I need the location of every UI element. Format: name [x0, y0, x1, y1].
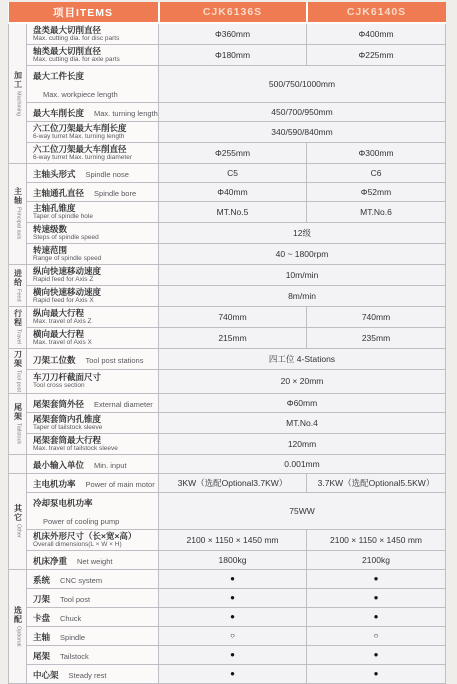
spec-row: 尾架套筒内孔锥度Taper of tailstock sleeveMT.No.4 [9, 412, 446, 433]
header-model-cjk6136s: CJK6136S [159, 2, 307, 23]
item-name-zh: 冷却泵电机功率 [33, 498, 93, 508]
item-name-cell: 最大工件长度Max. workpiece length [27, 65, 159, 102]
item-name-cell: 纵向快速移动速度Rapid feed for Axis Z [27, 264, 159, 285]
table-body: 加工Machining盘类最大切削直径Max. cutting dia. for… [9, 23, 446, 640]
spec-row: 主轴通孔直径Spindle boreΦ40mmΦ52mm [9, 182, 446, 201]
item-name-cell: 六工位刀架最大车削长度6-way turret Max. turning len… [27, 121, 159, 142]
spec-row: 横向最大行程Max. travel of Axis X215mm235mm [9, 327, 446, 348]
item-name-zh: 尾架套筒内孔锥度 [33, 414, 158, 424]
spec-row: 六工位刀架最大车削长度6-way turret Max. turning len… [9, 121, 446, 142]
value-cell: 740mm [307, 306, 446, 327]
item-name-en: Rapid feed for Axis Z [33, 276, 158, 284]
group-label [9, 454, 27, 473]
value-cell: 2100 × 1150 × 1450 mm [307, 529, 446, 550]
group-label-en: Other [15, 524, 21, 538]
item-name-zh: 轴类最大切削直径 [33, 46, 158, 56]
item-name-en: 6-way turret Max. turning length [33, 133, 158, 141]
group-label-en: Tailstock [15, 423, 21, 444]
value-cell: Φ225mm [307, 44, 446, 65]
group-label-zh: 主轴 [14, 187, 22, 205]
item-name-en: CNC system [60, 576, 102, 585]
item-name-zh: 六工位刀架最大车削直径 [33, 144, 158, 154]
group-label-en: Feed [15, 289, 21, 302]
value-cell-span: 120mm [159, 433, 446, 454]
spec-row: 其它Other主电机功率Power of main motor3KW（选配Opt… [9, 473, 446, 492]
spec-row: 选配Optional系统CNC system●● [9, 569, 446, 588]
group-label: 刀架Tool post [9, 348, 27, 393]
item-name-en: Taper of spindle hole [33, 213, 158, 221]
item-name-en: Power of cooling pump [43, 517, 119, 526]
value-cell-span: 75WW [159, 492, 446, 529]
value-cell: ● [159, 607, 307, 626]
item-name-en: Power of main motor [86, 480, 155, 489]
spec-row: 机床外形尺寸（长×宽×高）Overall dimensions(L × W × … [9, 529, 446, 550]
group-label-en: Tool post [15, 370, 21, 392]
value-cell: ● [307, 588, 446, 607]
item-name-cell: 横向最大行程Max. travel of Axis X [27, 327, 159, 348]
item-name-zh: 横向最大行程 [33, 329, 158, 339]
item-name-zh: 刀架工位数 [33, 355, 76, 365]
value-cell: Φ180mm [159, 44, 307, 65]
value-cell: ● [307, 607, 446, 626]
item-name-en: Chuck [60, 614, 81, 623]
item-name-en: Overall dimensions(L × W × H) [33, 541, 158, 549]
item-name-cell: 系统CNC system [27, 569, 159, 588]
item-name-cell: 刀架工位数Tool post stations [27, 348, 159, 369]
group-label-zh: 刀架 [14, 350, 22, 368]
item-name-en: Taper of tailstock sleeve [33, 424, 158, 432]
item-name-zh: 主轴通孔直径 [33, 188, 84, 198]
value-cell: C6 [307, 163, 446, 182]
group-label: 其它Other [9, 473, 27, 569]
item-name-cell: 横向快速移动速度Rapid feed for Axis X [27, 285, 159, 306]
item-name-cell: 冷却泵电机功率Power of cooling pump [27, 492, 159, 529]
item-name-zh: 机床外形尺寸（长×宽×高） [33, 531, 158, 541]
item-name-cell: 卡盘Chuck [27, 607, 159, 626]
item-name-cell: 六工位刀架最大车削直径6-way turret Max. turning dia… [27, 142, 159, 163]
item-name-zh: 最大车削长度 [33, 108, 84, 118]
item-name-zh: 主轴孔锥度 [33, 203, 158, 213]
spec-row: 刀架Tool post●● [9, 588, 446, 607]
item-name-cell: 轴类最大切削直径Max. cutting dia. for axle parts [27, 44, 159, 65]
spec-row: 冷却泵电机功率Power of cooling pump75WW [9, 492, 446, 529]
spec-row: 最大车削长度Max. turning length450/700/950mm [9, 102, 446, 121]
item-name-en: Max. travel of Axis X [33, 339, 158, 347]
value-cell: ○ [159, 626, 307, 640]
item-name-en: Max. travel of tailstock sleeve [33, 445, 158, 453]
value-cell: ● [159, 588, 307, 607]
item-name-cell: 转速级数Steps of spindle speed [27, 222, 159, 243]
item-name-en: Net weight [77, 557, 112, 566]
group-label-zh: 尾架 [14, 403, 22, 421]
value-cell: 2100 × 1150 × 1450 mm [159, 529, 307, 550]
item-name-en: Rapid feed for Axis X [33, 297, 158, 305]
spec-row: 转速范围Range of spindle speed40 ~ 1800rpm [9, 243, 446, 264]
spec-row: 主轴Spindle○○ [9, 626, 446, 640]
spec-row: 卡盘Chuck●● [9, 607, 446, 626]
group-label-en: Machining [15, 91, 21, 116]
value-cell: Φ400mm [307, 23, 446, 44]
value-cell-span: 340/590/840mm [159, 121, 446, 142]
value-cell-span: 40 ~ 1800rpm [159, 243, 446, 264]
value-cell: 2100kg [307, 550, 446, 569]
item-name-en: Spindle bore [94, 189, 136, 198]
item-name-zh: 尾架套筒最大行程 [33, 435, 158, 445]
value-cell-span: 20 × 20mm [159, 369, 446, 393]
item-name-cell: 盘类最大切削直径Max. cutting dia. for disc parts [27, 23, 159, 44]
item-name-en: Spindle nose [86, 170, 129, 179]
value-cell-span: 8m/min [159, 285, 446, 306]
value-cell: 235mm [307, 327, 446, 348]
spec-row: 尾架套筒最大行程Max. travel of tailstock sleeve1… [9, 433, 446, 454]
item-name-zh: 卡盘 [33, 613, 50, 623]
item-name-en: Max. cutting dia. for disc parts [33, 35, 158, 43]
spec-row: 刀架Tool post刀架工位数Tool post stations四工位 4-… [9, 348, 446, 369]
value-cell-span: 12级 [159, 222, 446, 243]
item-name-zh: 主轴头形式 [33, 169, 76, 179]
group-label-zh: 其它 [14, 504, 22, 522]
item-name-zh: 机床净重 [33, 556, 67, 566]
value-cell: MT.No.6 [307, 201, 446, 222]
item-name-en: Spindle [60, 633, 85, 640]
item-name-zh: 尾架套筒外径 [33, 399, 84, 409]
item-name-zh: 车刀刀杆截面尺寸 [33, 372, 158, 382]
item-name-zh: 转速范围 [33, 245, 158, 255]
group-label-en: Principal axis [15, 207, 21, 239]
item-name-cell: 主电机功率Power of main motor [27, 473, 159, 492]
item-name-en: Max. workpiece length [43, 90, 118, 99]
item-name-en: 6-way turret Max. turning diameter [33, 154, 158, 162]
item-name-zh: 盘类最大切削直径 [33, 25, 158, 35]
spec-row: 机床净重Net weight1800kg2100kg [9, 550, 446, 569]
value-cell-span: 500/750/1000mm [159, 65, 446, 102]
item-name-cell: 纵向最大行程Max. travel of Axis Z [27, 306, 159, 327]
item-name-cell: 主轴Spindle [27, 626, 159, 640]
item-name-zh: 最小输入单位 [33, 460, 84, 470]
value-cell: 3KW（选配Optional3.7KW） [159, 473, 307, 492]
value-cell: ● [307, 569, 446, 588]
item-name-zh: 最大工件长度 [33, 71, 84, 81]
item-name-cell: 刀架Tool post [27, 588, 159, 607]
value-cell: 740mm [159, 306, 307, 327]
item-name-en: Steps of spindle speed [33, 234, 158, 242]
item-name-zh: 纵向快速移动速度 [33, 266, 158, 276]
spec-row: 进给Feed纵向快速移动速度Rapid feed for Axis Z10m/m… [9, 264, 446, 285]
spec-row: 转速级数Steps of spindle speed12级 [9, 222, 446, 243]
group-label-zh: 进给 [14, 269, 22, 287]
item-name-cell: 尾架套筒最大行程Max. travel of tailstock sleeve [27, 433, 159, 454]
group-label-en: Optional [15, 626, 21, 640]
group-label: 主轴Principal axis [9, 163, 27, 264]
group-label-en: Travel [15, 329, 21, 344]
item-name-cell: 主轴头形式Spindle nose [27, 163, 159, 182]
value-cell: 3.7KW（选配Optional5.5KW） [307, 473, 446, 492]
spec-sheet-page: 项目ITEMS CJK6136S CJK6140S 加工Machining盘类最… [8, 2, 445, 640]
value-cell-span: 0.001mm [159, 454, 446, 473]
value-cell: ○ [307, 626, 446, 640]
header-model-cjk6140s: CJK6140S [307, 2, 446, 23]
spec-row: 最大工件长度Max. workpiece length500/750/1000m… [9, 65, 446, 102]
spec-row: 主轴Principal axis主轴头形式Spindle noseC5C6 [9, 163, 446, 182]
value-cell: 215mm [159, 327, 307, 348]
value-cell-span: 四工位 4-Stations [159, 348, 446, 369]
item-name-zh: 六工位刀架最大车削长度 [33, 123, 158, 133]
group-label-zh: 行程 [14, 309, 22, 327]
group-label: 选配Optional [9, 569, 27, 640]
value-cell: Φ300mm [307, 142, 446, 163]
item-name-zh: 横向快速移动速度 [33, 287, 158, 297]
spec-row: 六工位刀架最大车削直径6-way turret Max. turning dia… [9, 142, 446, 163]
item-name-zh: 主轴 [33, 632, 50, 640]
value-cell: C5 [159, 163, 307, 182]
item-name-en: Max. cutting dia. for axle parts [33, 56, 158, 64]
group-label: 加工Machining [9, 23, 27, 163]
value-cell: Φ40mm [159, 182, 307, 201]
value-cell-span: MT.No.4 [159, 412, 446, 433]
item-name-cell: 转速范围Range of spindle speed [27, 243, 159, 264]
group-label-zh: 选配 [14, 606, 22, 624]
group-label: 尾架Tailstock [9, 393, 27, 454]
value-cell: Φ360mm [159, 23, 307, 44]
item-name-zh: 系统 [33, 575, 50, 585]
item-name-zh: 纵向最大行程 [33, 308, 158, 318]
item-name-cell: 机床外形尺寸（长×宽×高）Overall dimensions(L × W × … [27, 529, 159, 550]
value-cell: Φ255mm [159, 142, 307, 163]
table-header: 项目ITEMS CJK6136S CJK6140S [9, 2, 446, 23]
spec-row: 最小输入单位Min. input0.001mm [9, 454, 446, 473]
spec-row: 车刀刀杆截面尺寸Tool cross section20 × 20mm [9, 369, 446, 393]
spec-row: 尾架Tailstock尾架套筒外径External diameterΦ60mm [9, 393, 446, 412]
item-name-en: Tool post stations [86, 356, 144, 365]
item-name-en: Max. travel of Axis Z [33, 318, 158, 326]
item-name-en: Min. input [94, 461, 127, 470]
group-label: 进给Feed [9, 264, 27, 306]
item-name-cell: 主轴通孔直径Spindle bore [27, 182, 159, 201]
value-cell-span: Φ60mm [159, 393, 446, 412]
item-name-en: Tool cross section [33, 382, 158, 390]
item-name-zh: 主电机功率 [33, 479, 76, 489]
spec-row: 行程Travel纵向最大行程Max. travel of Axis Z740mm… [9, 306, 446, 327]
item-name-en: Range of spindle speed [33, 255, 158, 263]
item-name-cell: 尾架套筒内孔锥度Taper of tailstock sleeve [27, 412, 159, 433]
item-name-cell: 最大车削长度Max. turning length [27, 102, 159, 121]
item-name-cell: 尾架套筒外径External diameter [27, 393, 159, 412]
value-cell-span: 450/700/950mm [159, 102, 446, 121]
item-name-zh: 刀架 [33, 594, 50, 604]
item-name-cell: 机床净重Net weight [27, 550, 159, 569]
spec-row: 加工Machining盘类最大切削直径Max. cutting dia. for… [9, 23, 446, 44]
item-name-cell: 最小输入单位Min. input [27, 454, 159, 473]
item-name-zh: 转速级数 [33, 224, 158, 234]
spec-row: 轴类最大切削直径Max. cutting dia. for axle parts… [9, 44, 446, 65]
header-items: 项目ITEMS [9, 2, 159, 23]
item-name-en: External diameter [94, 400, 153, 409]
group-label: 行程Travel [9, 306, 27, 348]
spec-table: 项目ITEMS CJK6136S CJK6140S 加工Machining盘类最… [8, 2, 446, 640]
value-cell: ● [159, 569, 307, 588]
value-cell-span: 10m/min [159, 264, 446, 285]
group-label-zh: 加工 [14, 71, 22, 89]
spec-row: 横向快速移动速度Rapid feed for Axis X8m/min [9, 285, 446, 306]
value-cell: MT.No.5 [159, 201, 307, 222]
value-cell: 1800kg [159, 550, 307, 569]
item-name-en: Tool post [60, 595, 90, 604]
spec-row: 主轴孔锥度Taper of spindle holeMT.No.5MT.No.6 [9, 201, 446, 222]
value-cell: Φ52mm [307, 182, 446, 201]
item-name-cell: 车刀刀杆截面尺寸Tool cross section [27, 369, 159, 393]
item-name-en: Max. turning length [94, 109, 158, 118]
item-name-cell: 主轴孔锥度Taper of spindle hole [27, 201, 159, 222]
